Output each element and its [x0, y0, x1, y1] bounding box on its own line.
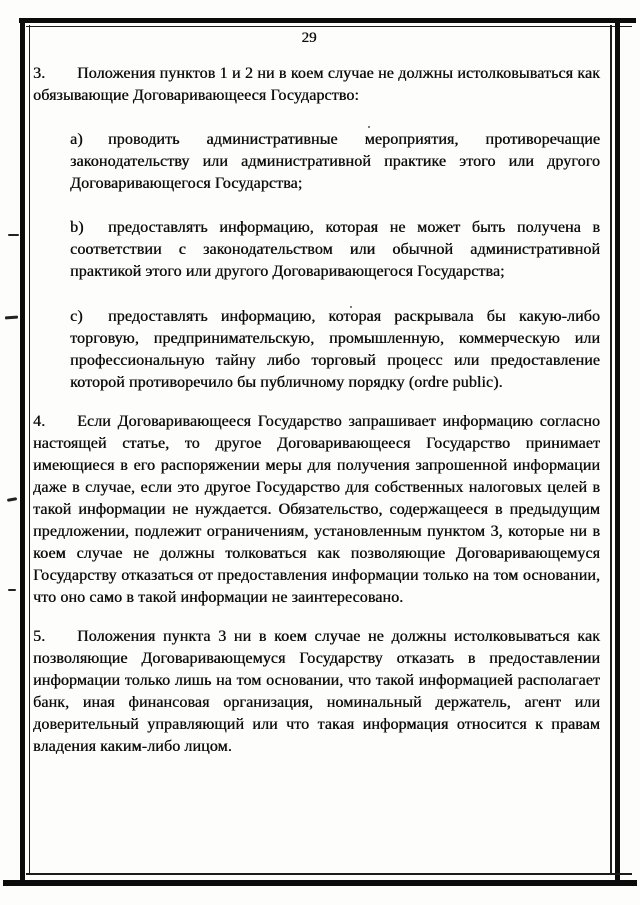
page-frame-left-inner — [29, 25, 31, 875]
margin-mark — [8, 589, 16, 591]
margin-mark — [8, 234, 19, 236]
page-frame-top-outer — [19, 18, 636, 23]
paragraph-4: 4. Если Договаривающееся Государство зап… — [33, 411, 600, 609]
page-frame-bottom-outer — [3, 880, 637, 886]
subparagraph-label: b) — [70, 217, 84, 239]
paragraph-label: 5. — [33, 626, 45, 648]
page-frame-right-outer — [615, 18, 620, 886]
paragraph-text: Положения пункта 3 ни в коем случае не д… — [33, 628, 600, 755]
paragraph-text: Положения пунктов 1 и 2 ни в коем случае… — [33, 65, 600, 104]
scanned-document-page: 29 3. Положения пунктов 1 и 2 ни в коем … — [0, 0, 640, 905]
margin-mark — [7, 497, 17, 501]
subparagraph-text: предоставлять информацию, которая не мож… — [70, 219, 600, 280]
page-frame-left-outer — [20, 18, 25, 886]
page-frame-bottom-inner — [26, 873, 632, 875]
page-number: 29 — [29, 30, 589, 47]
subparagraph-b: b) предоставлять информацию, которая не … — [70, 217, 600, 283]
subparagraph-label: c) — [70, 306, 83, 328]
scan-artifact — [368, 126, 370, 128]
paragraph-3: 3. Положения пунктов 1 и 2 ни в коем слу… — [33, 63, 600, 107]
subparagraph-text: проводить административные мероприятия, … — [70, 131, 600, 192]
page-frame-right-inner — [610, 25, 612, 875]
paragraph-5: 5. Положения пункта 3 ни в коем случае н… — [33, 626, 600, 758]
paragraph-text: Если Договаривающееся Государство запраш… — [33, 413, 600, 606]
margin-mark — [5, 316, 18, 320]
subparagraph-a: a) проводить административные мероприяти… — [70, 129, 600, 195]
page-frame-top-inner — [26, 26, 632, 28]
paragraph-label: 4. — [33, 411, 45, 433]
subparagraph-text: предоставлять информацию, которая раскры… — [70, 308, 600, 391]
subparagraph-label: a) — [70, 129, 83, 151]
subparagraph-c: c) предоставлять информацию, которая рас… — [70, 306, 600, 394]
paragraph-label: 3. — [33, 63, 45, 85]
